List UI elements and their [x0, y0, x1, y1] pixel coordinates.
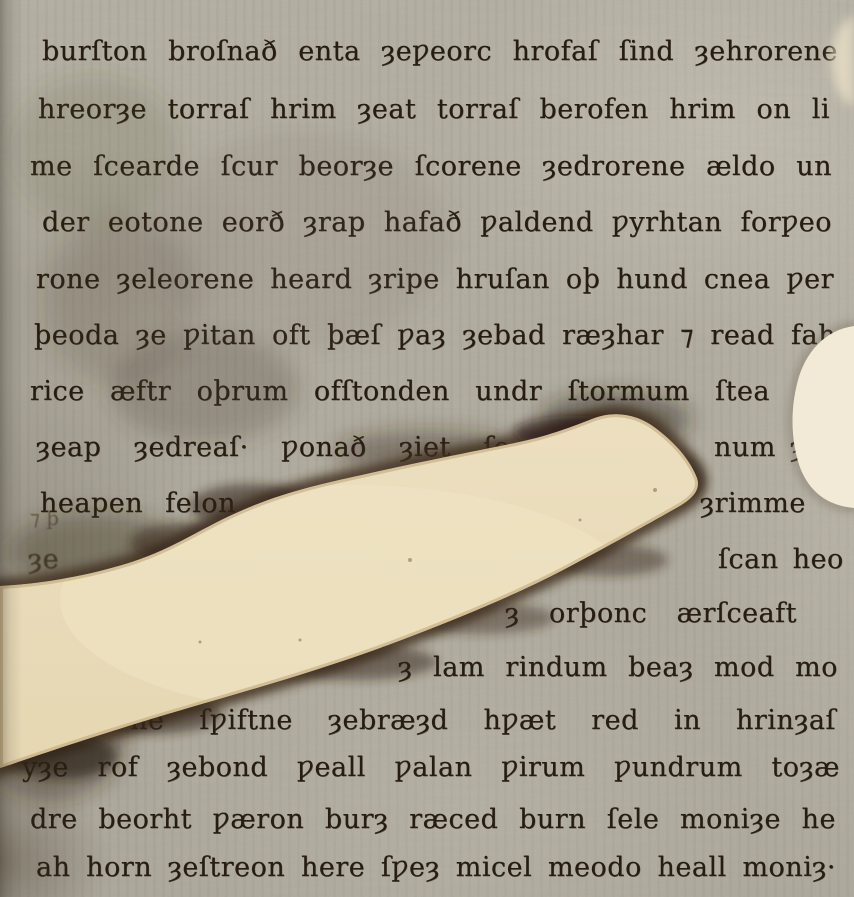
manuscript-line: dre beorht ƿæron burȝ ræced burn ſele mo…: [0, 796, 854, 848]
line-text: ȝ orþonc ærſceaft: [505, 590, 797, 638]
manuscript-line: ȝeap ȝedreaſ· ƿonað ȝiet ſe rnum ȝe: [0, 424, 854, 476]
line-text: þeoda ȝe ƿitan oft þæſ ƿaȝ ȝebad ræȝhar …: [34, 312, 836, 360]
line-text: hreorȝe torraſ hrim ȝeat torraſ berofen …: [38, 86, 830, 134]
manuscript-line: ȝ lam rindum beaȝ mod mo: [0, 644, 854, 696]
line-text: ȝrimme: [700, 480, 806, 528]
manuscript-line: heapen felonȝrimme: [0, 480, 854, 532]
manuscript-line: ne ſƿiftne ȝebræȝd hƿæt red in hrinȝaſ: [0, 697, 854, 749]
line-text: ah horn ȝeſtreon here ſƿeȝ micel meodo h…: [36, 844, 836, 892]
manuscript-line: yȝe rof ȝebond ƿeall ƿalan ƿirum ƿundrum…: [0, 744, 854, 796]
line-text: num ȝe: [714, 424, 821, 472]
line-text: rice æftr oþrum ofſtonden undr ſtormum ſ…: [30, 368, 770, 416]
manuscript-line: ȝe ȝrundeſcan heo: [0, 536, 854, 588]
manuscript-line: burſton broſnað enta ȝeƿeorc hrofaſ ſind…: [0, 28, 854, 80]
manuscript-line: þeoda ȝe ƿitan oft þæſ ƿaȝ ȝebad ræȝhar …: [0, 312, 854, 364]
manuscript-line: rone ȝeleorene heard ȝripe hruſan oþ hun…: [0, 256, 854, 308]
line-text: rone ȝeleorene heard ȝripe hruſan oþ hun…: [36, 256, 834, 304]
line-text: yȝe rof ȝebond ƿeall ƿalan ƿirum ƿundrum…: [22, 744, 840, 792]
line-text: me ſcearde ſcur beorȝe ſcorene ȝedrorene…: [30, 143, 832, 191]
line-text: ſcan heo: [718, 536, 844, 584]
manuscript-text-block: burſton broſnað enta ȝeƿeorc hrofaſ ſind…: [0, 0, 854, 897]
manuscript-page: burſton broſnað enta ȝeƿeorc hrofaſ ſind…: [0, 0, 854, 897]
manuscript-line: me ſcearde ſcur beorȝe ſcorene ȝedrorene…: [0, 143, 854, 195]
line-text: ȝ lam rindum beaȝ mod mo: [398, 644, 838, 692]
manuscript-line: der eotone eorð ȝrap hafað ƿaldend ƿyrht…: [0, 199, 854, 251]
manuscript-line: ȝ orþonc ærſceaft: [0, 590, 854, 642]
manuscript-line: ah horn ȝeſtreon here ſƿeȝ micel meodo h…: [0, 844, 854, 896]
line-text: dre beorht ƿæron burȝ ræced burn ſele mo…: [30, 796, 836, 844]
stray-pen-marks: ⁊ þ: [30, 506, 59, 530]
manuscript-line: hreorȝe torraſ hrim ȝeat torraſ berofen …: [0, 86, 854, 138]
line-text: ȝeap ȝedreaſ· ƿonað ȝiet ſe r: [36, 424, 556, 472]
line-text: burſton broſnað enta ȝeƿeorc hrofaſ ſind…: [42, 28, 838, 76]
manuscript-line: rice æftr oþrum ofſtonden undr ſtormum ſ…: [0, 368, 854, 420]
line-text: ne ſƿiftne ȝebræȝd hƿæt red in hrinȝaſ: [130, 697, 836, 745]
line-text: der eotone eorð ȝrap hafað ƿaldend ƿyrht…: [42, 199, 832, 247]
line-text: heapen felon: [40, 480, 236, 528]
